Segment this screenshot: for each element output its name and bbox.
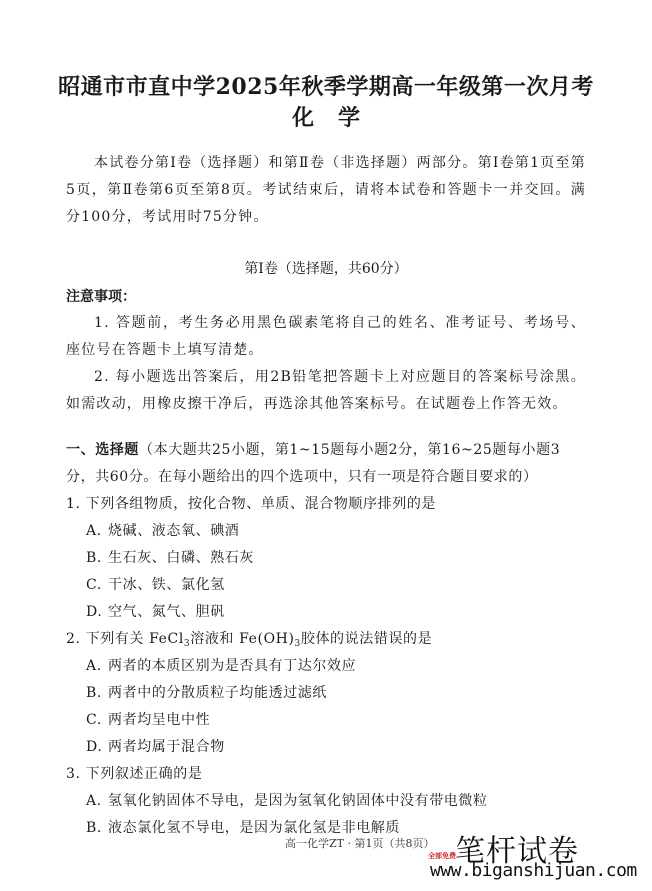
option-label: C.: [86, 575, 108, 595]
question-stem: 2. 下列有关 FeCl3溶液和 Fe(OH)3胶体的说法错误的是: [66, 629, 432, 649]
option-text: 烧碱、液态氧、碘酒: [108, 523, 239, 539]
option-label: D.: [86, 737, 108, 757]
option-label: B.: [86, 818, 108, 838]
question-stem: 1. 下列各组物质，按化合物、单质、混合物顺序排列的是: [66, 494, 436, 514]
option-text: 氢氧化钠固体不导电，是因为氢氧化钠固体中没有带电微粒: [108, 793, 488, 809]
option: C.干冰、铁、氯化氢: [86, 575, 225, 595]
question-text: 下列有关 FeCl3溶液和 Fe(OH)3胶体的说法错误的是: [86, 631, 433, 647]
exam-page: 昭通市市直中学2025年秋季学期高一年级第一次月考 化学 本试卷分第Ⅰ卷（选择题…: [0, 0, 652, 891]
option-text: 两者的本质区别为是否具有丁达尔效应: [108, 658, 356, 674]
option: B.两者中的分散质粒子均能透过滤纸: [86, 683, 327, 703]
notice-item: 1. 答题前，考生务必用黑色碳素笔将自己的姓名、准考证号、考场号、座位号在答题卡…: [66, 310, 586, 364]
option-label: B.: [86, 548, 108, 568]
subject-char: 化: [292, 105, 314, 131]
option-text: 干冰、铁、氯化氢: [108, 577, 225, 593]
question-text: 下列各组物质，按化合物、单质、混合物顺序排列的是: [86, 496, 436, 512]
watermark-url: www.biganshijuan.com: [430, 860, 637, 881]
option-label: A.: [86, 656, 108, 676]
option: A.氢氧化钠固体不导电，是因为氢氧化钠固体中没有带电微粒: [86, 791, 488, 811]
section-title: 一、选择题: [66, 442, 139, 458]
question-number: 1.: [66, 496, 81, 512]
option: C.两者均呈电中性: [86, 710, 210, 730]
section-heading: 一、选择题（本大题共25小题，第1~15题每小题2分，第16~25题每小题3分，…: [66, 437, 588, 491]
subject-char: 学: [338, 105, 360, 131]
option-text: 生石灰、白磷、熟石灰: [108, 550, 254, 566]
option-label: A.: [86, 521, 108, 541]
question-number: 3.: [66, 766, 81, 782]
option: B.生石灰、白磷、熟石灰: [86, 548, 254, 568]
section-description: （本大题共25小题，第1~15题每小题2分，第16~25题每小题3分，共60分。…: [66, 442, 560, 485]
exam-title: 昭通市市直中学2025年秋季学期高一年级第一次月考: [0, 70, 652, 101]
option-text: 液态氯化氢不导电，是因为氯化氢是非电解质: [108, 820, 400, 836]
option-text: 两者均呈电中性: [108, 712, 210, 728]
notice-item: 2. 每小题选出答案后，用2B铅笔把答题卡上对应题目的答案标号涂黑。如需改动，用…: [66, 364, 586, 418]
option-label: C.: [86, 710, 108, 730]
question-number: 2.: [66, 631, 81, 647]
option-label: D.: [86, 602, 108, 622]
subject-title: 化学: [0, 101, 652, 132]
option: D.两者均属于混合物: [86, 737, 225, 757]
option-label: B.: [86, 683, 108, 703]
option: A.两者的本质区别为是否具有丁达尔效应: [86, 656, 356, 676]
volume-title: 第Ⅰ卷（选择题，共60分）: [0, 258, 652, 278]
option-text: 两者均属于混合物: [108, 739, 225, 755]
option: D.空气、氮气、胆矾: [86, 602, 225, 622]
page-footer: 高一化学ZT · 第1页（共8页）: [285, 835, 434, 851]
option-text: 空气、氮气、胆矾: [108, 604, 225, 620]
notice-title: 注意事项：: [66, 286, 136, 306]
option: A.烧碱、液态氧、碘酒: [86, 521, 239, 541]
option-label: A.: [86, 791, 108, 811]
option-text: 两者中的分散质粒子均能透过滤纸: [108, 685, 327, 701]
question-stem: 3. 下列叙述正确的是: [66, 764, 202, 784]
question-text: 下列叙述正确的是: [86, 766, 203, 782]
intro-paragraph: 本试卷分第Ⅰ卷（选择题）和第Ⅱ卷（非选择题）两部分。第Ⅰ卷第1页至第5页，第Ⅱ卷…: [66, 150, 586, 231]
